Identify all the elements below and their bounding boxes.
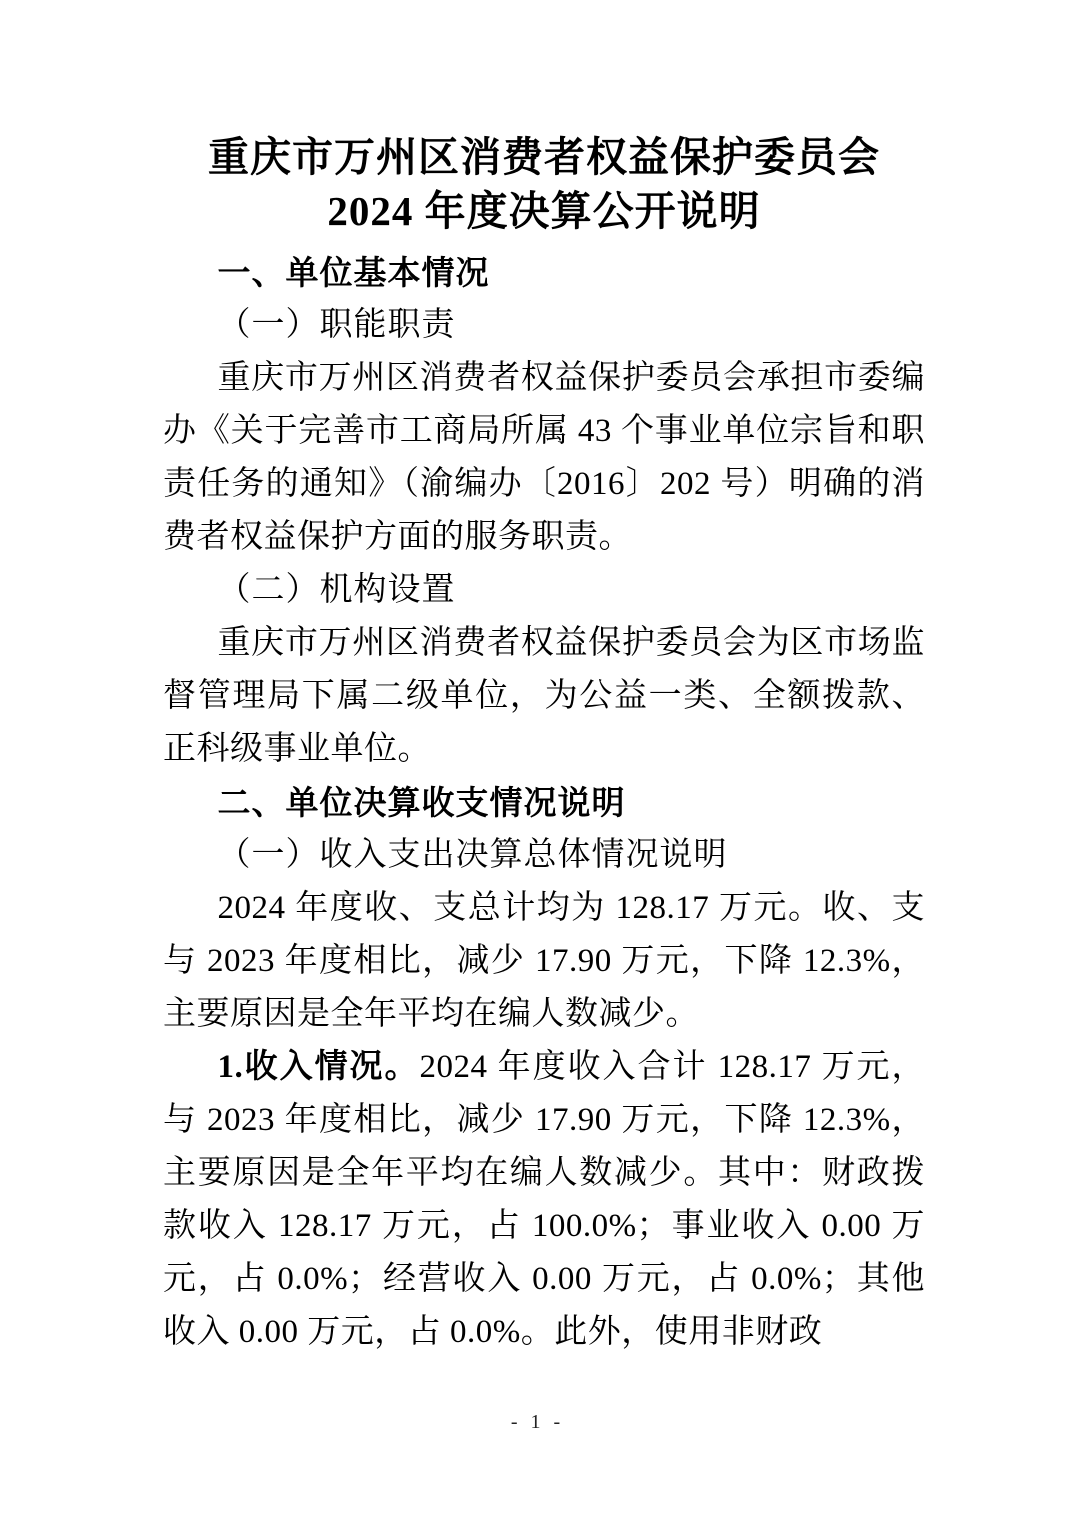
document-content: 重庆市万州区消费者权益保护委员会 2024 年度决算公开说明 一、单位基本情况 … (0, 0, 1075, 1359)
section-heading-unit-basic-info: 一、单位基本情况 (163, 246, 925, 299)
document-title: 重庆市万州区消费者权益保护委员会 2024 年度决算公开说明 (163, 130, 925, 238)
subsection-heading-overall-statement: （一）收入支出决算总体情况说明 (163, 829, 925, 882)
paragraph-income-body: 2024 年度收入合计 128.17 万元，与 2023 年度相比，减少 17.… (163, 1049, 925, 1350)
paragraph-income-details: 1.收入情况。2024 年度收入合计 128.17 万元，与 2023 年度相比… (163, 1041, 925, 1359)
paragraph-duties: 重庆市万州区消费者权益保护委员会承担市委编办《关于完善市工商局所属 43 个事业… (163, 352, 925, 564)
subsection-heading-organization: （二）机构设置 (163, 564, 925, 617)
document-title-line2: 2024 年度决算公开说明 (163, 184, 925, 238)
subsection-heading-duties: （一）职能职责 (163, 299, 925, 352)
paragraph-income-lead: 1.收入情况。 (217, 1049, 419, 1085)
document-page: 重庆市万州区消费者权益保护委员会 2024 年度决算公开说明 一、单位基本情况 … (0, 0, 1075, 1520)
paragraph-organization: 重庆市万州区消费者权益保护委员会为区市场监督管理局下属二级单位，为公益一类、全额… (163, 617, 925, 776)
paragraph-overall-totals: 2024 年度收、支总计均为 128.17 万元。收、支与 2023 年度相比，… (163, 882, 925, 1041)
page-number: - 1 - (0, 1408, 1075, 1436)
document-title-line1: 重庆市万州区消费者权益保护委员会 (163, 130, 925, 184)
section-heading-budget-statement: 二、单位决算收支情况说明 (163, 776, 925, 829)
